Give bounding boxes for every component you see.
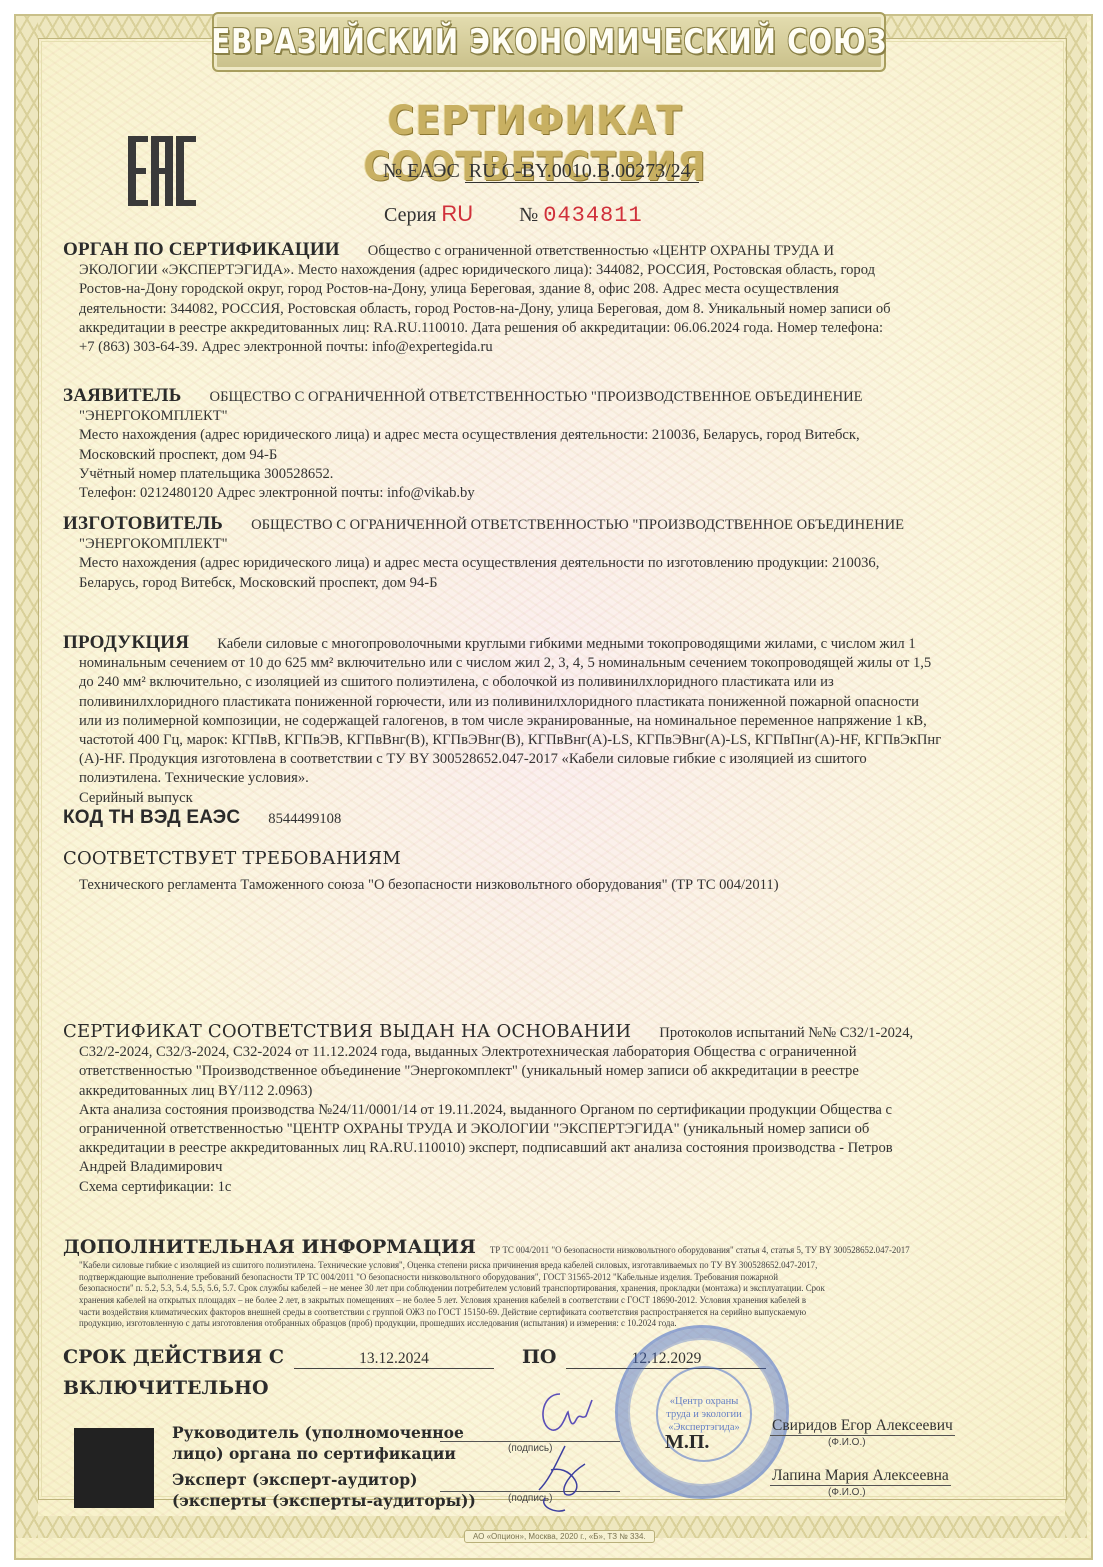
certification-body-section: ОРГАН ПО СЕРТИФИКАЦИИОбщество с ограниче… [63,240,1038,357]
head-signature-icon [530,1386,600,1446]
printer-note: АО «Опцион», Москва, 2020 г., «Б», ТЗ № … [464,1530,655,1543]
banner-text: ЕВРАЗИЙСКИЙ ЭКОНОМИЧЕСКИЙ СОЮЗ [211,22,887,62]
text-line: Место нахождения (адрес юридического лиц… [79,554,1038,573]
registration-number: № ЕАЭС RU C-BY.0010.B.00273/24 [383,160,699,183]
text-line: аккредитации в реестре аккредитованных л… [79,1139,1038,1158]
text-line: или из полимерной композиции, не содержа… [79,712,1038,731]
applicant-section: ЗАЯВИТЕЛЬОБЩЕСТВО С ОГРАНИЧЕННОЙ ОТВЕТСТ… [63,386,1038,503]
label-line: (эксперты (эксперты-аудиторы)) [172,1490,476,1511]
text-line: "ЭНЕРГОКОМПЛЕКТ" [79,407,1038,426]
manufacturer-first-line: ОБЩЕСТВО С ОГРАНИЧЕННОЙ ОТВЕТСТВЕННОСТЬЮ… [251,517,904,533]
text-line: номинальным сечением от 10 до 625 мм² вк… [79,654,1038,673]
text-line: Московский проспект, дом 94-Б [79,446,1038,465]
right-ornament-border [1065,16,1087,1538]
manufacturer-section: ИЗГОТОВИТЕЛЬОБЩЕСТВО С ОГРАНИЧЕННОЙ ОТВЕ… [63,514,1038,593]
basis-first-line: Протоколов испытаний №№ С32/1-2024, [659,1025,913,1041]
expert-signatory-label: Эксперт (эксперт-аудитор) (эксперты (экс… [172,1469,476,1511]
text-line: (А)-HF. Продукция изготовлена в соответс… [79,750,1038,769]
left-ornament-border [16,16,38,1538]
text-line: хранения кабелей на открытых площадях – … [79,1295,1038,1307]
form-number-prefix: № [519,204,538,226]
official-stamp: «Центр охраны труда и экологии «Экспертэ… [615,1325,789,1499]
certification-body-first-line: Общество с ограниченной ответственностью… [368,243,834,259]
product-heading: ПРОДУКЦИЯ [63,632,189,653]
registration-prefix: № ЕАЭС [383,160,460,182]
seal-place-label: М.П. [665,1431,709,1454]
text-line: ЭКОЛОГИИ «ЭКСПЕРТЭГИДА». Место нахождени… [79,261,1038,280]
text-line: аккредитации в реестре аккредитованных л… [79,319,1038,338]
eac-logo-icon [128,136,202,206]
product-section: ПРОДУКЦИЯКабели силовые с многопроволочн… [63,633,1038,808]
text-line: полиэтилена. Технические условия». [79,769,1038,788]
form-number: 0434811 [543,203,642,228]
expert-signature-icon [525,1440,595,1515]
text-line: деятельности: 344082, РОССИЯ, Ростовская… [79,300,1038,319]
registration-value: RU C-BY.0010.B.00273/24 [465,160,699,183]
text-line: Андрей Владимирович [79,1158,1038,1177]
basis-heading: СЕРТИФИКАТ СООТВЕТСТВИЯ ВЫДАН НА ОСНОВАН… [63,1021,631,1042]
product-first-line: Кабели силовые с многопроволочными кругл… [217,636,915,652]
text-line: продукцию, изготовленную с даты изготовл… [79,1318,1038,1330]
tn-ved-heading: КОД ТН ВЭД ЕАЭС [63,807,240,828]
text-line: Место нахождения (адрес юридического лиц… [79,426,1038,445]
label-line: Эксперт (эксперт-аудитор) [172,1469,476,1490]
text-line: Схема сертификации: 1с [79,1178,1038,1197]
text-line: Акта анализа состояния производства №24/… [79,1101,1038,1120]
requirements-section: СООТВЕТСТВУЕТ ТРЕБОВАНИЯМ Технического р… [63,849,1038,895]
requirements-text: Технического регламента Таможенного союз… [79,876,1038,895]
manufacturer-heading: ИЗГОТОВИТЕЛЬ [63,513,223,534]
applicant-first-line: ОБЩЕСТВО С ОГРАНИЧЕННОЙ ОТВЕТСТВЕННОСТЬЮ… [210,389,863,405]
series-value: RU [441,201,473,226]
qr-code[interactable] [74,1428,154,1508]
validity-from-label: СРОК ДЕЙСТВИЯ С [63,1346,284,1368]
text-line: частотой 400 Гц, марок: КГПвВ, КГПвЭВ, К… [79,731,1038,750]
head-signatory-label: Руководитель (уполномоченное лицо) орган… [172,1422,464,1464]
text-line: "ЭНЕРГОКОМПЛЕКТ" [79,535,1038,554]
text-line: С32/2-2024, С32/3-2024, С32-2024 от 11.1… [79,1043,1038,1062]
text-line: Учётный номер плательщика 300528652. [79,465,1038,484]
text-line: части воздействия климатических факторов… [79,1307,1038,1319]
certification-body-heading: ОРГАН ПО СЕРТИФИКАЦИИ [63,239,340,260]
validity-to-label: ПО [522,1346,557,1368]
eaeu-banner: ЕВРАЗИЙСКИЙ ЭКОНОМИЧЕСКИЙ СОЮЗ [212,12,886,72]
label-line: лицо) органа по сертификации [172,1443,464,1464]
label-line: Руководитель (уполномоченное [172,1422,464,1443]
text-line: поливинилхлоридного пластиката пониженно… [79,693,1038,712]
basis-section: СЕРТИФИКАТ СООТВЕТСТВИЯ ВЫДАН НА ОСНОВАН… [63,1022,1038,1197]
text-line: ответственностью "Производственное объед… [79,1062,1038,1081]
validity-from-date: 13.12.2024 [294,1350,494,1369]
expert-signatory-name: Лапина Мария Алексеевна [770,1467,951,1486]
text-line: "Кабели силовые гибкие с изоляцией из сш… [79,1260,1038,1272]
text-line: до 240 мм² включительно, с изоляцией из … [79,673,1038,692]
series-line: Серия RU № 0434811 [384,201,643,228]
text-line: Ростов-на-Дону городской округ, город Ро… [79,280,1038,299]
additional-info-section: ДОПОЛНИТЕЛЬНАЯ ИНФОРМАЦИЯТР ТС 004/2011 … [63,1238,1038,1330]
requirements-heading: СООТВЕТСТВУЕТ ТРЕБОВАНИЯМ [63,848,401,869]
additional-info-first-line: ТР ТС 004/2011 "О безопасности низковоль… [490,1245,910,1255]
expert-fio-caption: (Ф.И.О.) [828,1487,866,1498]
applicant-heading: ЗАЯВИТЕЛЬ [63,385,182,406]
text-line: ограниченной ответственностью "ЦЕНТР ОХР… [79,1120,1038,1139]
text-line: аккредитованных лиц BY/112 2.0963) [79,1082,1038,1101]
series-label: Серия [384,204,436,226]
additional-info-heading: ДОПОЛНИТЕЛЬНАЯ ИНФОРМАЦИЯ [63,1236,476,1258]
text-line: подтверждающие выполнение требований без… [79,1272,1038,1284]
text-line: Беларусь, город Витебск, Московский прос… [79,574,1038,593]
text-line: Телефон: 0212480120 Адрес электронной по… [79,484,1038,503]
tn-ved-value: 8544499108 [268,811,341,827]
text-line: безопасности" п. 5.2, 5.3, 5.4, 5.5, 5.6… [79,1283,1038,1295]
head-signatory-name: Свиридов Егор Алексеевич [770,1417,955,1436]
text-line: +7 (863) 303-64-39. Адрес электронной по… [79,338,1038,357]
head-fio-caption: (Ф.И.О.) [828,1437,866,1448]
text-line: Серийный выпуск [79,789,1038,808]
tn-ved-section: КОД ТН ВЭД ЕАЭС8544499108 [63,808,1038,829]
